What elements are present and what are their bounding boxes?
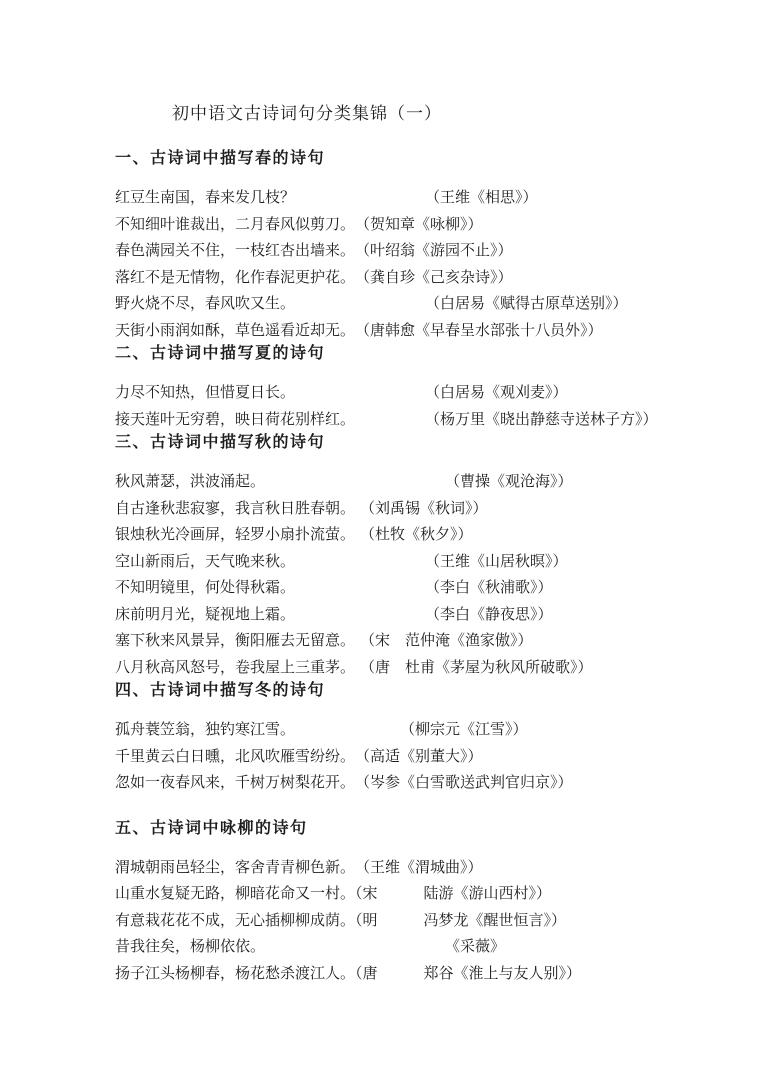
section-heading: 一、古诗词中描写春的诗句 — [115, 149, 672, 169]
poem-attribution: （白居易《赋得古原草送别》） — [425, 291, 628, 318]
poem-line: 千里黄云白日曛，北风吹雁雪纷纷。 （高适《别董大》） — [115, 744, 672, 771]
poem-text: 红豆生南国，春来发几枝？ — [115, 185, 425, 212]
poem-line: 接天莲叶无穷碧，映日荷花别样红。 （杨万里《晓出静慈寺送林子方》） — [115, 407, 672, 434]
document-content: 初中语文古诗词句分类集锦（一） 一、古诗词中描写春的诗句 红豆生南国，春来发几枝… — [0, 0, 762, 987]
poem-text: 野火烧不尽，春风吹又生。 — [115, 291, 425, 318]
poem-attribution: （贺知章《咏柳》） — [355, 212, 483, 239]
poem-attribution: （李白《秋浦歌》） — [425, 575, 553, 602]
section-heading: 四、古诗词中描写冬的诗句 — [115, 681, 672, 701]
poem-attribution: （曹操《观沧海》） — [445, 469, 573, 496]
poem-text: 自古逢秋悲寂寥，我言秋日胜春朝。 — [115, 496, 360, 523]
poem-line: 自古逢秋悲寂寥，我言秋日胜春朝。 （刘禹锡《秋词》） — [115, 496, 672, 523]
poem-text: 八月秋高风怒号，卷我屋上三重茅。 — [115, 655, 360, 682]
poem-attribution: （唐 杜甫《茅屋为秋风所破歌》） — [360, 655, 593, 682]
poem-text: 天街小雨润如酥，草色遥看近却无。 — [115, 318, 355, 345]
poem-text: 千里黄云白日曛，北风吹雁雪纷纷。 — [115, 744, 355, 771]
poem-line: 山重水复疑无路，柳暗花命又一村。（宋 陆游《游山西村》） — [115, 881, 672, 908]
poem-text: 空山新雨后，天气晚来秋。 — [115, 549, 425, 576]
poem-line: 床前明月光，疑视地上霜。 （李白《静夜思》） — [115, 602, 672, 629]
poem-attribution: （岑参《白雪歌送武判官归京》） — [355, 770, 573, 797]
poem-line: 红豆生南国，春来发几枝？ （王维《相思》） — [115, 185, 672, 212]
poem-text: 忽如一夜春风来，千树万树梨花开。 — [115, 770, 355, 797]
poem-attribution: 陆游《游山西村》） — [424, 881, 552, 908]
poem-attribution: （白居易《观刈麦》） — [425, 380, 568, 407]
section-heading: 三、古诗词中描写秋的诗句 — [115, 433, 672, 453]
poem-line: 渭城朝雨邑轻尘，客舍青青柳色新。 （王维《渭城曲》） — [115, 855, 672, 882]
poem-text: 春色满园关不住，一枝红杏出墙来。 — [115, 238, 355, 265]
poem-attribution: （杨万里《晓出静慈寺送林子方》） — [425, 407, 658, 434]
poem-text: 秋风萧瑟，洪波涌起。 — [115, 469, 445, 496]
poem-attribution: （叶绍翁《游园不止》） — [355, 238, 513, 265]
poem-attribution: （高适《别董大》） — [355, 744, 483, 771]
poem-attribution: （王维《渭城曲》） — [355, 855, 483, 882]
section-summer: 二、古诗词中描写夏的诗句 力尽不知热，但惜夏日长。 （白居易《观刈麦》） 接天莲… — [115, 344, 672, 433]
poem-text: 不知明镜里，何处得秋霜。 — [115, 575, 425, 602]
poem-line: 落红不是无情物，化作春泥更护花。 （龚自珍《己亥杂诗》） — [115, 265, 672, 292]
poem-text: 孤舟蓑笠翁，独钓寒江雪。 — [115, 717, 400, 744]
poem-line: 忽如一夜春风来，千树万树梨花开。 （岑参《白雪歌送武判官归京》） — [115, 770, 672, 797]
poem-line: 扬子江头杨柳春，杨花愁杀渡江人。（唐 郑谷《淮上与友人别》） — [115, 961, 672, 988]
poem-line: 不知细叶谁裁出，二月春风似剪刀。 （贺知章《咏柳》） — [115, 212, 672, 239]
poem-text: 床前明月光，疑视地上霜。 — [115, 602, 425, 629]
poem-line: 昔我往矣，杨柳依依。 《采薇》 — [115, 934, 672, 961]
poem-text: 昔我往矣，杨柳依依。 — [115, 934, 445, 961]
poem-line: 野火烧不尽，春风吹又生。 （白居易《赋得古原草送别》） — [115, 291, 672, 318]
poem-attribution: （刘禹锡《秋词》） — [360, 496, 488, 523]
poem-attribution: 郑谷《淮上与友人别》） — [424, 961, 582, 988]
poem-attribution: （李白《静夜思》） — [425, 602, 553, 629]
poem-text: 落红不是无情物，化作春泥更护花。 — [115, 265, 355, 292]
section-willow: 五、古诗词中咏柳的诗句 渭城朝雨邑轻尘，客舍青青柳色新。 （王维《渭城曲》） 山… — [115, 819, 672, 988]
section-winter: 四、古诗词中描写冬的诗句 孤舟蓑笠翁，独钓寒江雪。 （柳宗元《江雪》） 千里黄云… — [115, 681, 672, 797]
poem-attribution: （宋 范仲淹《渔家傲》） — [360, 628, 533, 655]
poem-text: 有意栽花花不成，无心插柳柳成荫。（明 — [115, 908, 378, 935]
poem-text: 渭城朝雨邑轻尘，客舍青青柳色新。 — [115, 855, 355, 882]
poem-attribution: （王维《山居秋暝》） — [425, 549, 568, 576]
poem-attribution: 冯梦龙《醒世恒言》） — [424, 908, 567, 935]
poem-attribution: （杜牧《秋夕》） — [360, 522, 473, 549]
poem-text: 银烛秋光冷画屏，轻罗小扇扑流萤。 — [115, 522, 360, 549]
poem-line: 春色满园关不住，一枝红杏出墙来。 （叶绍翁《游园不止》） — [115, 238, 672, 265]
poem-text: 山重水复疑无路，柳暗花命又一村。（宋 — [115, 881, 378, 908]
poem-attribution: （王维《相思》） — [425, 185, 538, 212]
poem-line: 天街小雨润如酥，草色遥看近却无。 （唐韩愈《早春呈水部张十八员外》） — [115, 318, 672, 345]
poem-attribution: 《采薇》 — [445, 934, 505, 961]
poem-line: 空山新雨后，天气晚来秋。 （王维《山居秋暝》） — [115, 549, 672, 576]
section-heading: 五、古诗词中咏柳的诗句 — [115, 819, 672, 839]
poem-text: 扬子江头杨柳春，杨花愁杀渡江人。（唐 — [115, 961, 378, 988]
poem-text: 接天莲叶无穷碧，映日荷花别样红。 — [115, 407, 425, 434]
poem-line: 力尽不知热，但惜夏日长。 （白居易《观刈麦》） — [115, 380, 672, 407]
poem-line: 有意栽花花不成，无心插柳柳成荫。（明 冯梦龙《醒世恒言》） — [115, 908, 672, 935]
document-page: 初中语文古诗词句分类集锦（一） 一、古诗词中描写春的诗句 红豆生南国，春来发几枝… — [0, 0, 762, 1080]
poem-text: 不知细叶谁裁出，二月春风似剪刀。 — [115, 212, 355, 239]
poem-text: 塞下秋来风景异，衡阳雁去无留意。 — [115, 628, 360, 655]
poem-attribution: （唐韩愈《早春呈水部张十八员外》） — [355, 318, 603, 345]
section-spring: 一、古诗词中描写春的诗句 红豆生南国，春来发几枝？ （王维《相思》） 不知细叶谁… — [115, 149, 672, 344]
page-title: 初中语文古诗词句分类集锦（一） — [172, 103, 672, 125]
poem-line: 塞下秋来风景异，衡阳雁去无留意。 （宋 范仲淹《渔家傲》） — [115, 628, 672, 655]
section-heading: 二、古诗词中描写夏的诗句 — [115, 344, 672, 364]
poem-attribution: （柳宗元《江雪》） — [400, 717, 528, 744]
poem-text: 力尽不知热，但惜夏日长。 — [115, 380, 425, 407]
poem-line: 八月秋高风怒号，卷我屋上三重茅。 （唐 杜甫《茅屋为秋风所破歌》） — [115, 655, 672, 682]
poem-line: 不知明镜里，何处得秋霜。 （李白《秋浦歌》） — [115, 575, 672, 602]
poem-line: 孤舟蓑笠翁，独钓寒江雪。 （柳宗元《江雪》） — [115, 717, 672, 744]
poem-line: 秋风萧瑟，洪波涌起。 （曹操《观沧海》） — [115, 469, 672, 496]
poem-attribution: （龚自珍《己亥杂诗》） — [355, 265, 513, 292]
poem-line: 银烛秋光冷画屏，轻罗小扇扑流萤。 （杜牧《秋夕》） — [115, 522, 672, 549]
section-autumn: 三、古诗词中描写秋的诗句 秋风萧瑟，洪波涌起。 （曹操《观沧海》） 自古逢秋悲寂… — [115, 433, 672, 681]
